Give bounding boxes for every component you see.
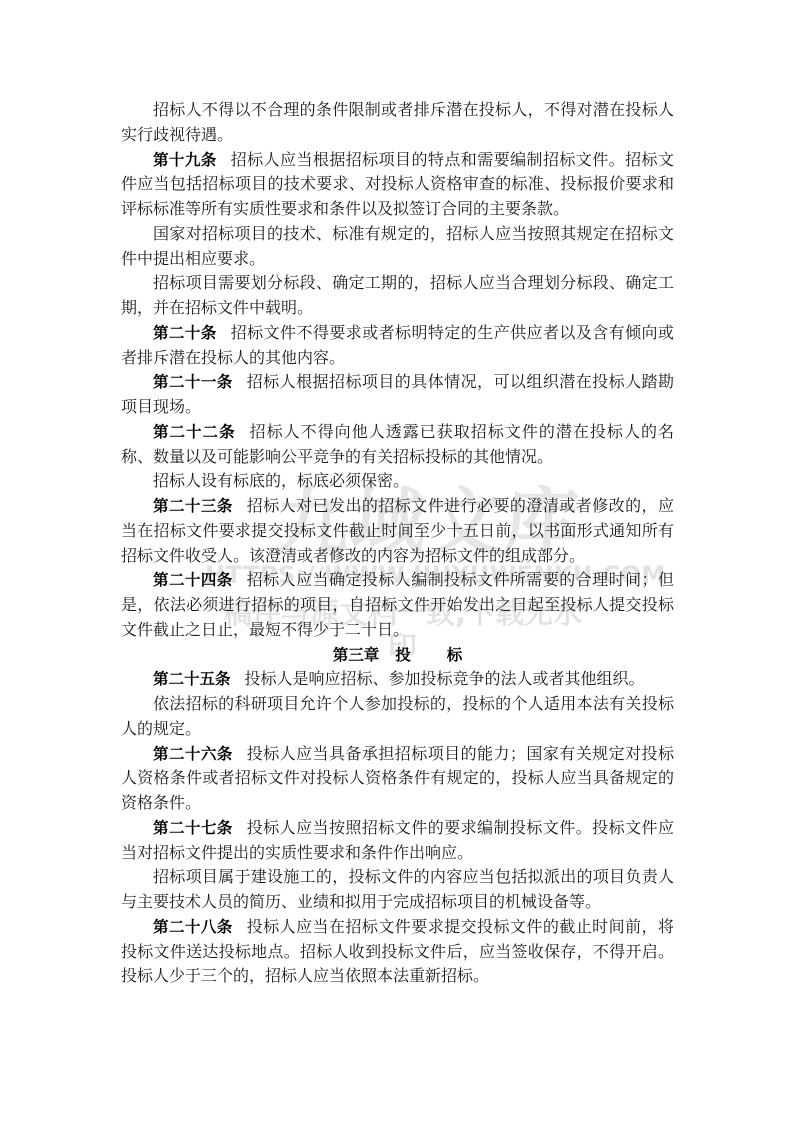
article-number: 第二十四条 <box>153 571 233 589</box>
article-number: 第二十一条 <box>153 373 233 391</box>
paragraph: 招标项目属于建设施工的，投标文件的内容应当包括拟派出的项目负责人与主要技术人员的… <box>121 865 674 915</box>
article-number: 第二十八条 <box>153 918 233 936</box>
paragraph-article-20: 第二十条招标文件不得要求或者标明特定的生产供应者以及含有倾向或者排斥潜在投标人的… <box>121 321 674 371</box>
document-page: 九域文库 HTTPS://WWW.JIUYUWENKU.COM 稿件与源文档一致… <box>0 0 793 1122</box>
paragraph: 依法招标的科研项目允许个人参加投标的，投标的个人适用本法有关投标人的规定。 <box>121 692 674 742</box>
paragraph-article-27: 第二十七条投标人应当按照招标文件的要求编制投标文件。投标文件应当对招标文件提出的… <box>121 816 674 866</box>
article-number: 第二十条 <box>153 324 217 342</box>
paragraph-article-19: 第十九条招标人应当根据招标项目的特点和需要编制招标文件。招标文件应当包括招标项目… <box>121 148 674 222</box>
chapter-title-char: 投 <box>395 646 411 664</box>
paragraph-text: 招标人设有标底的，标底必须保密。 <box>153 471 409 490</box>
paragraph-article-26: 第二十六条投标人应当具备承担招标项目的能力；国家有关规定对投标人资格条件或者招标… <box>121 742 674 816</box>
paragraph: 招标项目需要划分标段、确定工期的，招标人应当合理划分标段、确定工期，并在招标文件… <box>121 271 674 321</box>
chapter-number: 第三章 <box>333 646 380 664</box>
paragraph-article-23: 第二十三条招标人对已发出的招标文件进行必要的澄清或者修改的，应当在招标文件要求提… <box>121 494 674 568</box>
paragraph: 招标人设有标底的，标底必须保密。 <box>121 469 674 494</box>
paragraph: 国家对招标项目的技术、标准有规定的，招标人应当按照其规定在招标文件中提出相应要求… <box>121 222 674 272</box>
paragraph-text: 投标人是响应招标、参加投标竞争的法人或者其他组织。 <box>245 669 645 688</box>
article-number: 第二十七条 <box>153 819 233 837</box>
paragraph-article-22: 第二十二条招标人不得向他人透露已获取招标文件的潜在投标人的名称、数量以及可能影响… <box>121 420 674 470</box>
paragraph-text: 国家对招标项目的技术、标准有规定的，招标人应当按照其规定在招标文件中提出相应要求… <box>121 224 674 268</box>
document-body: 招标人不得以不合理的条件限制或者排斥潜在投标人，不得对潜在投标人实行歧视待遇。 … <box>121 98 674 989</box>
paragraph-text: 招标人不得以不合理的条件限制或者排斥潜在投标人，不得对潜在投标人实行歧视待遇。 <box>121 100 674 144</box>
paragraph-article-24: 第二十四条招标人应当确定投标人编制投标文件所需要的合理时间；但是，依法必须进行招… <box>121 568 674 642</box>
article-number: 第二十五条 <box>153 670 231 688</box>
article-number: 第二十三条 <box>153 497 233 515</box>
paragraph-text: 依法招标的科研项目允许个人参加投标的，投标的个人适用本法有关投标人的规定。 <box>121 694 674 738</box>
paragraph-text: 招标项目需要划分标段、确定工期的，招标人应当合理划分标段、确定工期，并在招标文件… <box>121 273 674 317</box>
paragraph-article-21: 第二十一条招标人根据招标项目的具体情况，可以组织潜在投标人踏勘项目现场。 <box>121 370 674 420</box>
paragraph-text: 招标项目属于建设施工的，投标文件的内容应当包括拟派出的项目负责人与主要技术人员的… <box>121 867 674 911</box>
paragraph: 招标人不得以不合理的条件限制或者排斥潜在投标人，不得对潜在投标人实行歧视待遇。 <box>121 98 674 148</box>
chapter-title-char: 标 <box>447 646 463 664</box>
paragraph-article-25: 第二十五条投标人是响应招标、参加投标竞争的法人或者其他组织。 <box>121 667 674 692</box>
article-number: 第二十六条 <box>153 745 233 763</box>
chapter-heading: 第三章投标 <box>121 643 674 668</box>
article-number: 第十九条 <box>153 151 217 169</box>
article-number: 第二十二条 <box>153 423 236 441</box>
paragraph-article-28: 第二十八条投标人应当在招标文件要求提交投标文件的截止时间前，将投标文件送达投标地… <box>121 915 674 989</box>
